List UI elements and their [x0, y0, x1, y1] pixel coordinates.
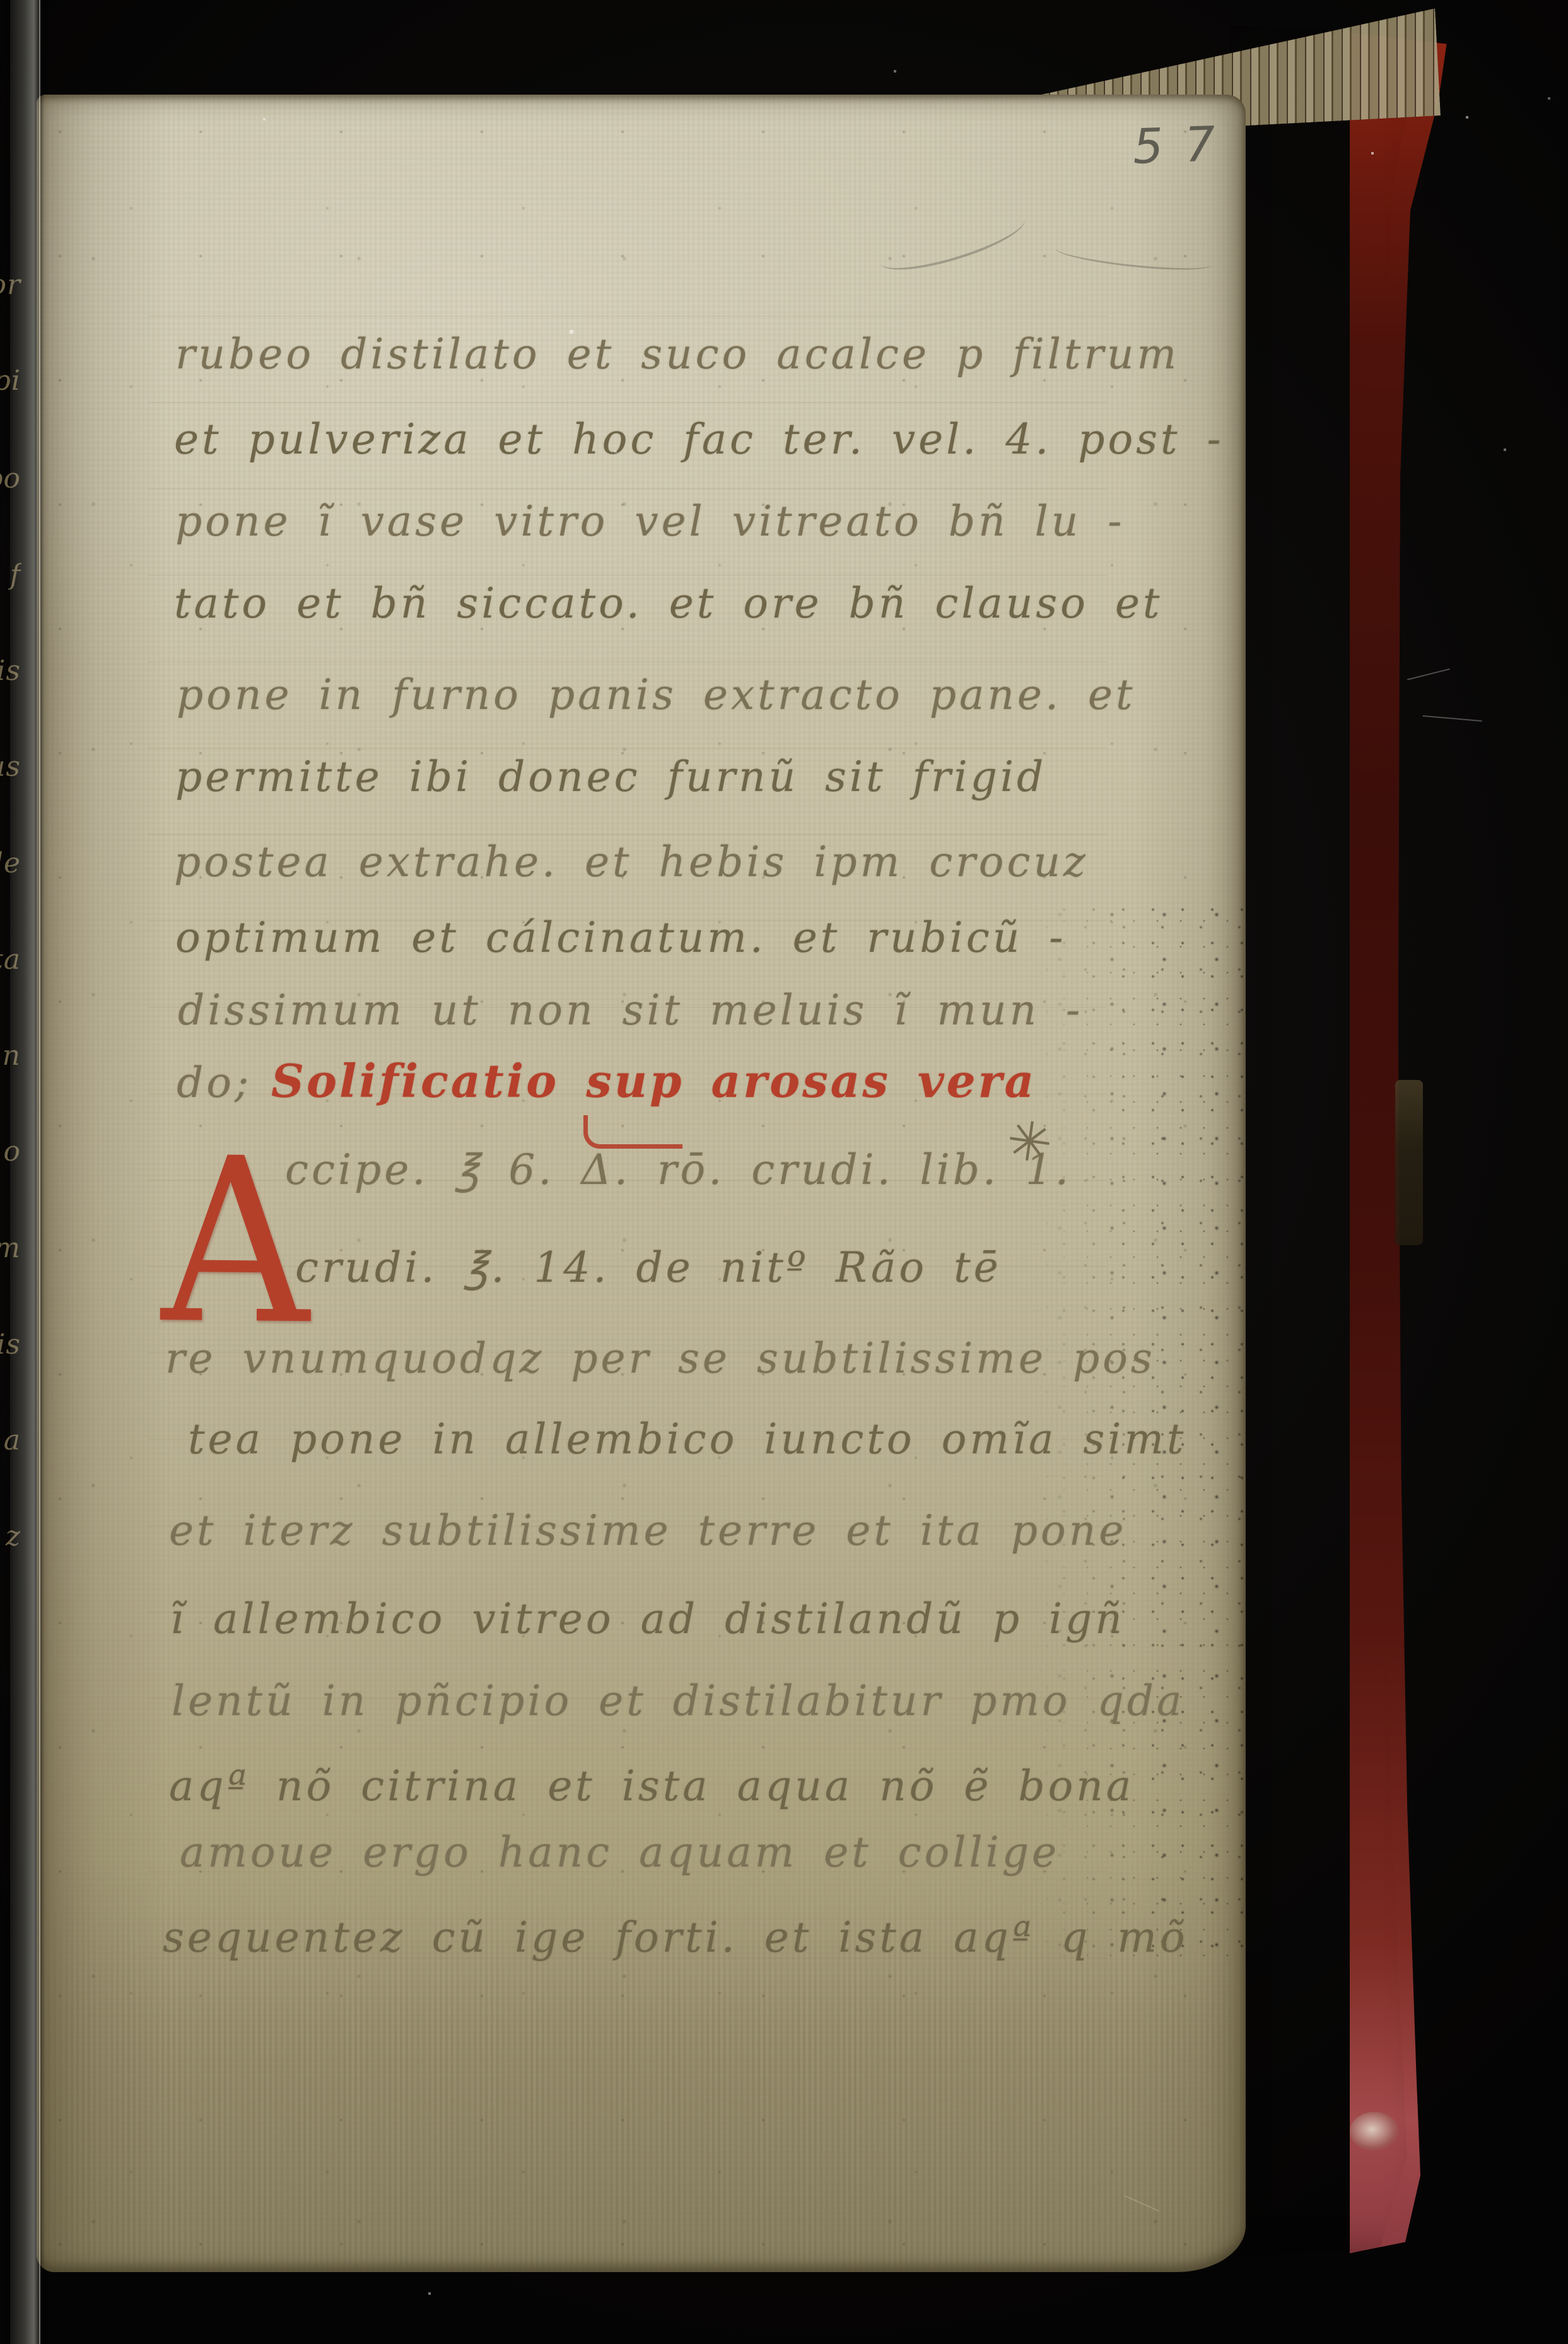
text-line: dissimum ut non sit meluis ĩ mun - — [178, 988, 1083, 1032]
text-line: postea extrahe. et hebis ipm crocuz — [174, 840, 1089, 884]
recipe-line: ĩ allembico vitreo ad distilandũ p igñ — [170, 1597, 1125, 1641]
scratch-mark — [1422, 715, 1482, 722]
text-line: et pulveriza et hoc fac ter. vel. 4. pos… — [174, 418, 1224, 461]
rubric-lead: do; — [177, 1061, 252, 1105]
photo-scene: 57 rubeo distilato et suco acalce p filt… — [0, 0, 1568, 2344]
folio-number: 57 — [1132, 119, 1237, 171]
corner-glint — [1350, 2112, 1399, 2151]
scratch-mark — [1407, 669, 1450, 681]
recipe-line: sequentez cũ ige forti. et ista aqª q mõ — [163, 1916, 1188, 1959]
recipe-line: crudi. ℥. 14. de nitº Rão tē — [295, 1246, 1002, 1289]
text-line: permitte ibi donec furnũ sit frigid — [175, 755, 1046, 799]
dust-specks — [0, 0, 1, 1]
recipe-line: et iterz subtilissime terre et ita pone — [169, 1509, 1126, 1552]
recipe-line: re vnumquodqz per se subtilissime pos — [165, 1337, 1156, 1380]
recipe-line: lentũ in pñcipio et distilabitur pmo qda — [172, 1679, 1185, 1723]
glass-weight-strip — [10, 0, 40, 2344]
asterisk-mark: ✳ — [1003, 1112, 1055, 1172]
text-line: rubeo distilato et suco acalce p filtrum — [175, 332, 1179, 376]
text-line: pone in furno panis extracto pane. et — [177, 673, 1136, 717]
recipe-line: ccipe. ℥ 6. Δ. rō. crudi. lib. 1. — [285, 1148, 1072, 1192]
rubric-title: Solificatio sup arosas vera — [271, 1058, 1036, 1104]
book-clasp — [1395, 1080, 1423, 1245]
rubric-flourish — [583, 1115, 682, 1149]
text-line: optimum et cálcinatum. et rubicũ - — [175, 916, 1066, 959]
text-line: pone ĩ vase vitro vel vitreato bñ lu - — [175, 500, 1125, 543]
recipe-line: tea pone in allembico iuncto omĩa simt — [188, 1417, 1186, 1461]
recipe-line: aqª nõ citrina et ista aqua nõ ẽ bona — [169, 1764, 1134, 1808]
recipe-line: amoue ergo hanc aquam et collige — [180, 1831, 1060, 1874]
text-line: tato et bñ siccato. et ore bñ clauso et — [174, 582, 1162, 625]
